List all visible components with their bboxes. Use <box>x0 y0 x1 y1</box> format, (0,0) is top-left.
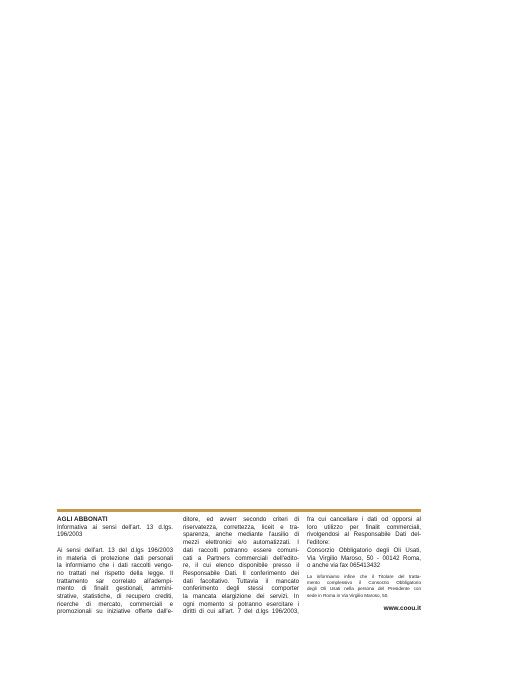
body-line: trattamento sar correlato all'adempi- <box>57 578 173 586</box>
heading-agli-abbonati: AGLI ABBONATI <box>57 516 173 524</box>
body-line: mezzi elettronici e/o automatizzati. I <box>183 539 299 547</box>
body-line: dati raccolti potranno essere comuni- <box>183 547 299 555</box>
note-line: sede in Roma in Via Virgilio Maroso, 50. <box>307 593 421 599</box>
body-line: Ai sensi dell'art. 13 del d.lgs 196/2003 <box>57 547 173 555</box>
body-line: fra cui cancellare i dati od opporsi al <box>307 516 421 524</box>
data-controller-note: La informiamo infine che il Titolare del… <box>307 574 421 599</box>
fax-line: o anche via fax 065413432 <box>307 562 421 570</box>
address-line: Consorzio Obbligatorio degli Oli Usati, <box>307 547 421 555</box>
body-line: diritti di cui all'art. 7 del d.lgs 196/… <box>183 608 299 616</box>
body-line: re, il cui elenco disponibile presso il <box>183 562 299 570</box>
address-line: Via Virgilio Maroso, 50 - 00142 Roma, <box>307 555 421 563</box>
body-line: rivolgendosi al Responsabile Dati del- <box>307 531 421 539</box>
body-line: in materia di protezione dati personali <box>57 555 173 563</box>
paragraph-gap <box>57 539 173 547</box>
body-line: promozionali su iniziative offerte dall'… <box>57 608 173 616</box>
privacy-column-3: fra cui cancellare i dati od opporsi al … <box>307 516 421 612</box>
subheading-line: 196/2003 <box>57 531 173 539</box>
body-line: conferimento degli stessi comporter <box>183 585 299 593</box>
body-line: cati a Partners commerciali dell'edito- <box>183 555 299 563</box>
privacy-column-2: ditore, ed avverr secondo criteri di ris… <box>183 516 299 616</box>
body-line: la informiamo che i dati raccolti vengo- <box>57 562 173 570</box>
website-link[interactable]: www.coou.it <box>307 605 421 613</box>
body-line: ditore, ed avverr secondo criteri di <box>183 516 299 524</box>
orange-divider-rule <box>57 509 421 512</box>
body-line: no trattati nel rispetto della legge. Il <box>57 570 173 578</box>
body-line: ogni momento si potranno esercitare i <box>183 601 299 609</box>
body-line: ricerche di mercato, commerciali e <box>57 601 173 609</box>
subheading-line: Informativa ai sensi dell'art. 13 d.lgs. <box>57 524 173 532</box>
body-line: riservatezza, correttezza, liceit e tra- <box>183 524 299 532</box>
body-line: mento di finalit gestionali, ammini- <box>57 585 173 593</box>
body-line: strative, statistiche, di recupero credi… <box>57 593 173 601</box>
body-line: sparenza, anche mediante l'ausilio di <box>183 531 299 539</box>
body-line: loro utilizzo per finalit commerciali, <box>307 524 421 532</box>
body-line: l'editore: <box>307 539 421 547</box>
note-line: degli Oli Usati nella persona del Presid… <box>307 586 421 592</box>
body-line: la mancata elargizione dei servizi. In <box>183 593 299 601</box>
body-line: dati facoltativo. Tuttavia il mancato <box>183 578 299 586</box>
privacy-column-1: AGLI ABBONATI Informativa ai sensi dell'… <box>57 516 173 616</box>
body-line: Responsabile Dati. Il conferimento dei <box>183 570 299 578</box>
